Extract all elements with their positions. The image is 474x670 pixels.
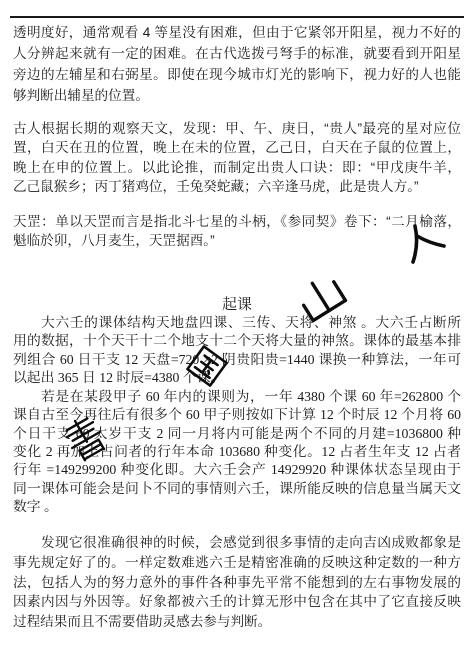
text-line: 课自古至今再往后有很多个 60 甲子则按如下计算 12 个时辰 12 个月将 6…: [13, 406, 461, 424]
text-line: 天罡：单以天罡而言是指北斗七星的斗柄，《参同契》卷下：“二月榆落，: [13, 212, 461, 231]
paragraph-tiangang: 天罡：单以天罡而言是指北斗七星的斗柄，《参同契》卷下：“二月榆落， 魁临於卯，八…: [13, 212, 461, 250]
text-line: 古人根据长期的观察天文，发现：甲、午、庚日，“贵人”最亮的星对应位: [13, 119, 461, 139]
text-line: 若是在某段甲子 60 年内的课则为，一年 4380 个课 60 年=262800…: [13, 388, 461, 406]
text-line: 置，白天在丑的位置，晚上在未的位置，乙己日，白天在子鼠的位置上，: [13, 138, 461, 158]
paragraph-guiren: 古人根据长期的观察天文，发现：甲、午、庚日，“贵人”最亮的星对应位 置，白天在丑…: [13, 119, 461, 197]
section-heading: 起课: [0, 295, 474, 315]
text-line: 数字 。: [13, 498, 461, 516]
text-line: 人分辨起来就有一定的困难。在古代选拨弓弩手的标准，就要看到开阳星: [13, 43, 461, 64]
text-line: 用的数据，十个天干十二个地支十二个天将大量的神煞。课体的最基本排: [13, 332, 461, 351]
text-line: 发现它很准确很神的时候，会感觉到很多事情的走向吉凶成败都象是: [13, 533, 461, 553]
text-line: 大六壬的课体结构天地盘四课、三传、天将、神煞 。大六壬占断所: [13, 314, 461, 333]
text-line: 行年 =149299200 种变化即。大六壬会产 14929920 种课体状态呈…: [13, 461, 461, 479]
top-divider-line: [10, 16, 464, 18]
paragraph-keti-calculation: 若是在某段甲子 60 年内的课则为，一年 4380 个课 60 年=262800…: [13, 388, 461, 517]
paragraph-visibility: 透明度好，通常观看 4 等星没有困难，但由于它紧邻开阳星，视力不好的 人分辨起来…: [13, 22, 461, 106]
text-line: 够判断出辅星的位置。: [13, 85, 461, 106]
paragraph-keti-structure: 大六壬的课体结构天地盘四课、三传、天将、神煞 。大六壬占断所 用的数据，十个天干…: [13, 314, 461, 388]
text-line: 透明度好，通常观看 4 等星没有困难，但由于它紧邻开阳星，视力不好的: [13, 22, 461, 43]
text-line: 旁边的左辅星和右弼星。即使在现今城市灯光的影响下，视力好的人也能: [13, 64, 461, 85]
text-line: 法，包括人为的努力意外的事件各种事先平常不能想到的左右事物发展的: [13, 573, 461, 593]
text-line: 事先规定好了的。一样定数难逃六壬是精密准确的反映这种定数的一种方: [13, 553, 461, 573]
text-line: 魁临於卯，八月麦生，天罡据酉。”: [13, 231, 461, 250]
text-line: 因素内因与外因等。好象都被六壬的计算无形中包含在其中了它直接反映: [13, 592, 461, 612]
text-line: 变化 2 再加上占问者的行年本命 103680 种变化。12 占者生年支 12 …: [13, 443, 461, 461]
paragraph-conclusion: 发现它很准确很神的时候，会感觉到很多事情的走向吉凶成败都象是 事先规定好了的。一…: [13, 533, 461, 632]
text-line: 列组合 60 日干支 12 天盘=720 ×2 阴贵阳贵=1440 课换一种算法…: [13, 351, 461, 370]
text-line: 晚上在申的位置上。以此论推，而制定出贵人口诀：即：“甲戊庚牛羊，: [13, 158, 461, 178]
text-line: 同一课体可能会是问卜不同的事情则六壬，课所能反映的信息量当属天文: [13, 480, 461, 498]
text-line: 以起出 365 日 12 时辰=4380 个课。: [13, 369, 461, 388]
document-page: 透明度好，通常观看 4 等星没有困难，但由于它紧邻开阳星，视力不好的 人分辨起来…: [0, 0, 474, 670]
text-line: 个日干支 60 太岁干支 2 同一月将内可能是两个不同的月建=1036800 种: [13, 425, 461, 443]
text-line: 过程结果而且不需要借助灵感去参与判断。: [13, 612, 461, 632]
text-line: 乙己鼠猴乡；丙丁猪鸡位，壬兔癸蛇藏；六辛逢马虎，此是贵人方。”: [13, 177, 461, 197]
